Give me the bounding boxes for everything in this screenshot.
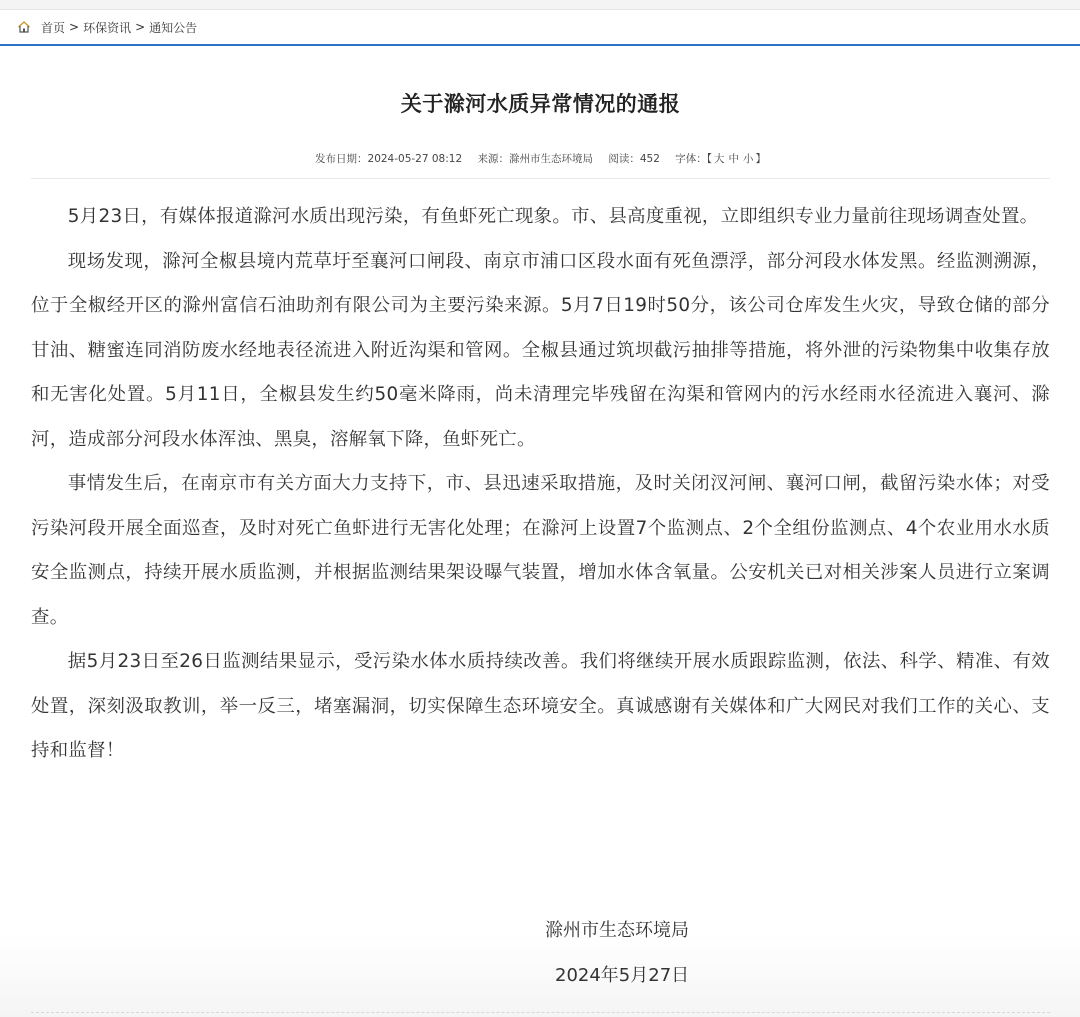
source-label: 来源： (477, 153, 509, 165)
font-size-control: 字体：【大中小】 (675, 153, 766, 165)
publish-date-label: 发布日期： (315, 153, 368, 165)
top-strip (0, 0, 1080, 10)
bracket-open: 【 (707, 153, 712, 165)
paragraph: 据5月23日至26日监测结果显示，受污染水体水质持续改善。我们将继续开展水质跟踪… (31, 640, 1050, 774)
breadcrumb-separator: > (135, 20, 145, 34)
article: 关于滁河水质异常情况的通报 发布日期：2024-05-27 08:12 来源：滁… (31, 48, 1050, 774)
source-value: 滁州市生态环境局 (509, 153, 593, 165)
signature-date: 2024年5月27日 (555, 961, 689, 987)
paragraph: 5月23日，有媒体报道滁河水质出现污染，有鱼虾死亡现象。市、县高度重视，立即组织… (31, 195, 1050, 240)
source: 来源：滁州市生态环境局 (477, 153, 593, 165)
font-size-medium-button[interactable]: 中 (728, 153, 739, 165)
views-label: 阅读： (608, 153, 640, 165)
home-icon[interactable] (17, 20, 31, 34)
breadcrumb-separator: > (69, 20, 79, 34)
signature-organization: 滁州市生态环境局 (545, 916, 689, 942)
font-size-large-button[interactable]: 大 (714, 153, 725, 165)
bottom-fade (0, 935, 1080, 1017)
breadcrumb-news[interactable]: 环保资讯 (83, 19, 131, 36)
font-size-label: 字体： (675, 153, 707, 165)
publish-date-value: 2024-05-27 08:12 (368, 153, 463, 165)
title-divider (31, 178, 1050, 179)
views-count: 452 (640, 153, 660, 165)
article-meta: 发布日期：2024-05-27 08:12 来源：滁州市生态环境局 阅读：452… (31, 152, 1050, 166)
publish-date: 发布日期：2024-05-27 08:12 (315, 153, 462, 165)
breadcrumb: 首页 > 环保资讯 > 通知公告 (0, 10, 1080, 46)
views: 阅读：452 (608, 153, 660, 165)
paragraph: 现场发现，滁河全椒县境内荒草圩至襄河口闸段、南京市浦口区段水面有死鱼漂浮，部分河… (31, 240, 1050, 463)
bottom-divider (31, 1012, 1050, 1013)
bracket-close: 】 (755, 153, 766, 165)
font-size-small-button[interactable]: 小 (743, 153, 754, 165)
article-body: 5月23日，有媒体报道滁河水质出现污染，有鱼虾死亡现象。市、县高度重视，立即组织… (31, 195, 1050, 774)
article-title: 关于滁河水质异常情况的通报 (31, 88, 1050, 118)
breadcrumb-notices[interactable]: 通知公告 (149, 19, 197, 36)
paragraph: 事情发生后，在南京市有关方面大力支持下，市、县迅速采取措施，及时关闭汊河闸、襄河… (31, 462, 1050, 640)
breadcrumb-home[interactable]: 首页 (41, 19, 65, 36)
